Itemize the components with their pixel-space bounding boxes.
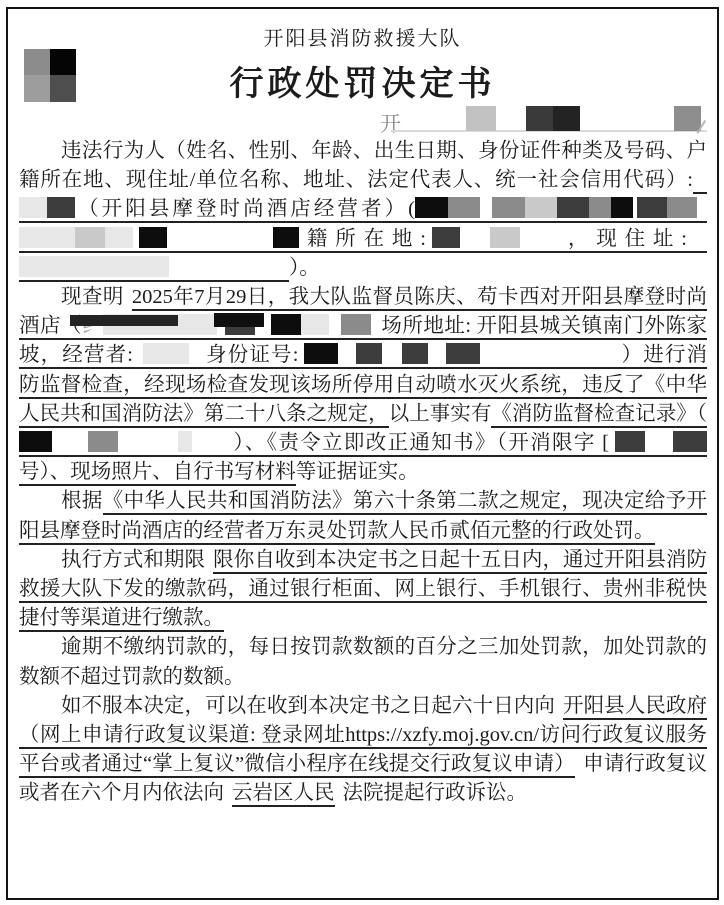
redaction-block [448, 197, 480, 218]
appeal-tail: 法院提起行政诉讼。 [343, 782, 528, 804]
redaction-block [615, 431, 645, 452]
redaction-block [187, 314, 217, 335]
redaction-block [47, 197, 75, 218]
redaction-block [19, 197, 47, 218]
current-address-label: ，现住址: [560, 228, 687, 253]
court-name: 云岩区人民 [232, 782, 335, 807]
redaction-block [19, 256, 169, 277]
appeal-lead: 如不服本决定，可以在收到本决定书之日起六十日内向 [61, 695, 555, 717]
redaction-block [526, 106, 553, 131]
redaction-block [637, 197, 667, 218]
redaction-block [341, 314, 371, 335]
redaction-block [19, 227, 75, 248]
redaction-block [19, 431, 52, 452]
paragraph-violator-info: 违法行为人（姓名、性别、年龄、出生日期、身份证件种类及号码、户籍所在地、现住址/… [19, 137, 707, 283]
redaction-block [492, 197, 525, 218]
redaction-block [301, 314, 329, 335]
violator-info-label: 违法行为人（姓名、性别、年龄、出生日期、身份证件种类及号码、户籍所在地、现住址/… [19, 140, 707, 191]
redaction-block [50, 49, 76, 75]
redaction-block [24, 75, 50, 102]
paragraph-decision: 根据《中华人民共和国消防法》第六十条第二款之规定，现决定给予开阳县摩登时尚酒店的… [19, 487, 707, 545]
document-title: 行政处罚决定书 [8, 56, 717, 105]
redaction-block [214, 313, 264, 327]
redaction-block [143, 343, 189, 364]
evidence-record: 《消防监督检查记录》（ [491, 403, 707, 428]
execution-label: 执行方式和期限 [61, 549, 205, 571]
redaction-block [88, 431, 118, 452]
late-penalty-text: 逾期不缴纳罚款的，每日按罚款数额的百分之三加处罚款，加处罚款的数额不超过罚款的数… [19, 636, 707, 687]
redaction-block [525, 197, 557, 218]
document-body: 违法行为人（姓名、性别、年龄、出生日期、身份证件种类及号码、户籍所在地、现住址/… [8, 136, 717, 809]
penalty-decision-document: 开阳县消防救援大队 行政处罚决定书 开 违法行为人（姓名、性别、年龄、出生日期、… [0, 0, 724, 905]
redaction-block [432, 227, 460, 248]
redaction-block [24, 49, 50, 75]
evidence-notice: ）、《责令立即改正通知书》（开消限字 [ [232, 432, 609, 457]
issuing-authority: 开阳县消防救援大队 [8, 22, 717, 51]
redaction-block [557, 197, 589, 218]
redaction-block [466, 106, 496, 131]
redaction-block [50, 75, 76, 102]
redaction-block [105, 227, 133, 248]
redaction-block [178, 431, 192, 452]
decision-text: 《中华人民共和国消防法》第六十条第二款之规定，现决定给予开阳县摩登时尚酒店的经营… [19, 490, 707, 544]
paragraph-execution: 执行方式和期限限你自收到本决定书之日起十五日内，通过开阳县消防救援大队下发的缴款… [19, 546, 707, 634]
redaction-block [139, 227, 167, 248]
findings-lead: 现查明 [61, 286, 124, 308]
evidence-lead: 以上事实有 [389, 403, 492, 425]
redaction-block [673, 431, 707, 452]
registered-address-label: 籍所在地: [299, 228, 426, 253]
document-number-line: 开 [8, 105, 717, 136]
redacted-id-number [298, 344, 620, 369]
redaction-block [75, 227, 105, 248]
redaction-block [611, 197, 633, 218]
redaction-block [415, 197, 448, 218]
redacted-notice-number [609, 432, 707, 457]
redaction-block [553, 106, 580, 131]
redaction-block [446, 343, 480, 364]
paragraph-late-penalty: 逾期不缴纳罚款的，每日按罚款数额的百分之三加处罚款，加处罚款的数额不超过罚款的数… [19, 633, 707, 691]
redacted-registered-address [426, 228, 560, 253]
redaction-block [402, 343, 428, 364]
decision-lead: 根据 [61, 490, 103, 512]
redaction-block [273, 227, 299, 248]
redacted-stamp [24, 49, 76, 102]
evidence-close: 等证据证实。 [296, 461, 419, 483]
id-number-label: 身份证号: [205, 344, 298, 369]
evidence-list: 号）、现场照片、自行书写材料 [19, 461, 296, 486]
redaction-block [70, 315, 178, 326]
document-border-frame: 开阳县消防救援大队 行政处罚决定书 开 违法行为人（姓名、性别、年龄、出生日期、… [6, 7, 719, 900]
redaction-block [490, 227, 520, 248]
paragraph-close: ）。 [289, 257, 320, 279]
redaction-block [304, 343, 338, 364]
paragraph-appeal: 如不服本决定，可以在收到本决定书之日起六十日内向开阳县人民政府（网上申请行政复议… [19, 692, 707, 809]
redacted-operator-name [133, 344, 205, 369]
redaction-block [667, 197, 697, 218]
operator-note: （开阳县摩登时尚酒店经营者）( [75, 198, 415, 223]
redacted-record-number [19, 432, 232, 457]
redaction-block [356, 343, 382, 364]
redaction-block [589, 197, 611, 218]
redaction-block [271, 314, 301, 335]
paragraph-findings: 现查明2025年7月29日，我大队监督员陈庆、苟卡西对开阳县摩登时尚酒店（纟场所… [19, 283, 707, 487]
document-number-prefix: 开 [380, 108, 401, 138]
